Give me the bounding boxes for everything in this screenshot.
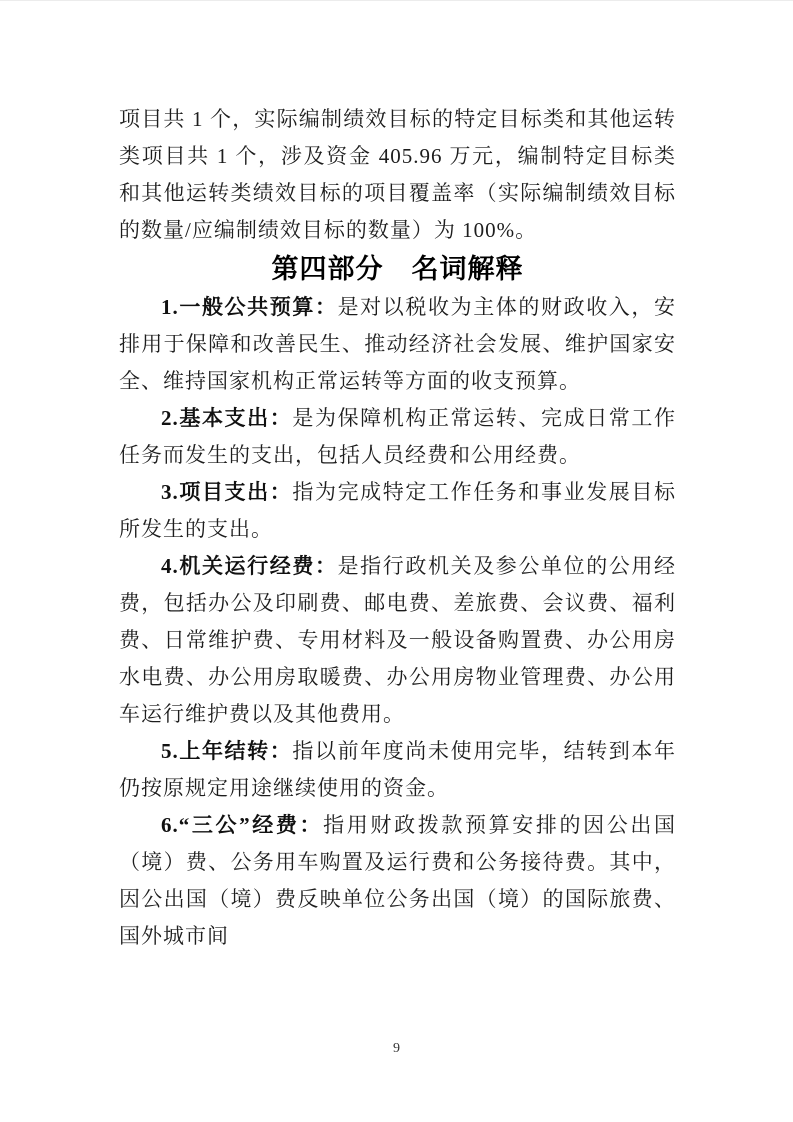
term-label-carryover-previous-year: 5.上年结转：: [161, 739, 292, 763]
term-carryover-previous-year: 5.上年结转：指以前年度尚未使用完毕，结转到本年仍按原规定用途继续使用的资金。: [119, 733, 676, 807]
document-page: 项目共 1 个，实际编制绩效目标的特定目标类和其他运转类项目共 1 个，涉及资金…: [0, 0, 793, 1122]
intro-paragraph: 项目共 1 个，实际编制绩效目标的特定目标类和其他运转类项目共 1 个，涉及资金…: [119, 101, 676, 249]
page-number: 9: [0, 1040, 793, 1057]
term-label-three-public-expenses: 6.“三公”经费：: [161, 813, 323, 837]
page-content: 项目共 1 个，实际编制绩效目标的特定目标类和其他运转类项目共 1 个，涉及资金…: [119, 1, 676, 955]
section-title: 第四部分 名词解释: [119, 249, 676, 289]
term-project-expenditure: 3.项目支出：指为完成特定工作任务和事业发展目标所发生的支出。: [119, 474, 676, 548]
term-label-general-public-budget: 1.一般公共预算：: [161, 295, 338, 319]
term-label-project-expenditure: 3.项目支出：: [161, 480, 292, 504]
term-agency-operating-expense: 4.机关运行经费：是指行政机关及参公单位的公用经费，包括办公及印刷费、邮电费、差…: [119, 548, 676, 733]
term-three-public-expenses: 6.“三公”经费：指用财政拨款预算安排的因公出国（境）费、公务用车购置及运行费和…: [119, 807, 676, 955]
term-basic-expenditure: 2.基本支出：是为保障机构正常运转、完成日常工作任务而发生的支出，包括人员经费和…: [119, 400, 676, 474]
term-general-public-budget: 1.一般公共预算：是对以税收为主体的财政收入，安排用于保障和改善民生、推动经济社…: [119, 289, 676, 400]
term-label-basic-expenditure: 2.基本支出：: [161, 406, 292, 430]
term-text-agency-operating-expense: 是指行政机关及参公单位的公用经费，包括办公及印刷费、邮电费、差旅费、会议费、福利…: [119, 554, 676, 726]
term-label-agency-operating-expense: 4.机关运行经费：: [161, 554, 338, 578]
